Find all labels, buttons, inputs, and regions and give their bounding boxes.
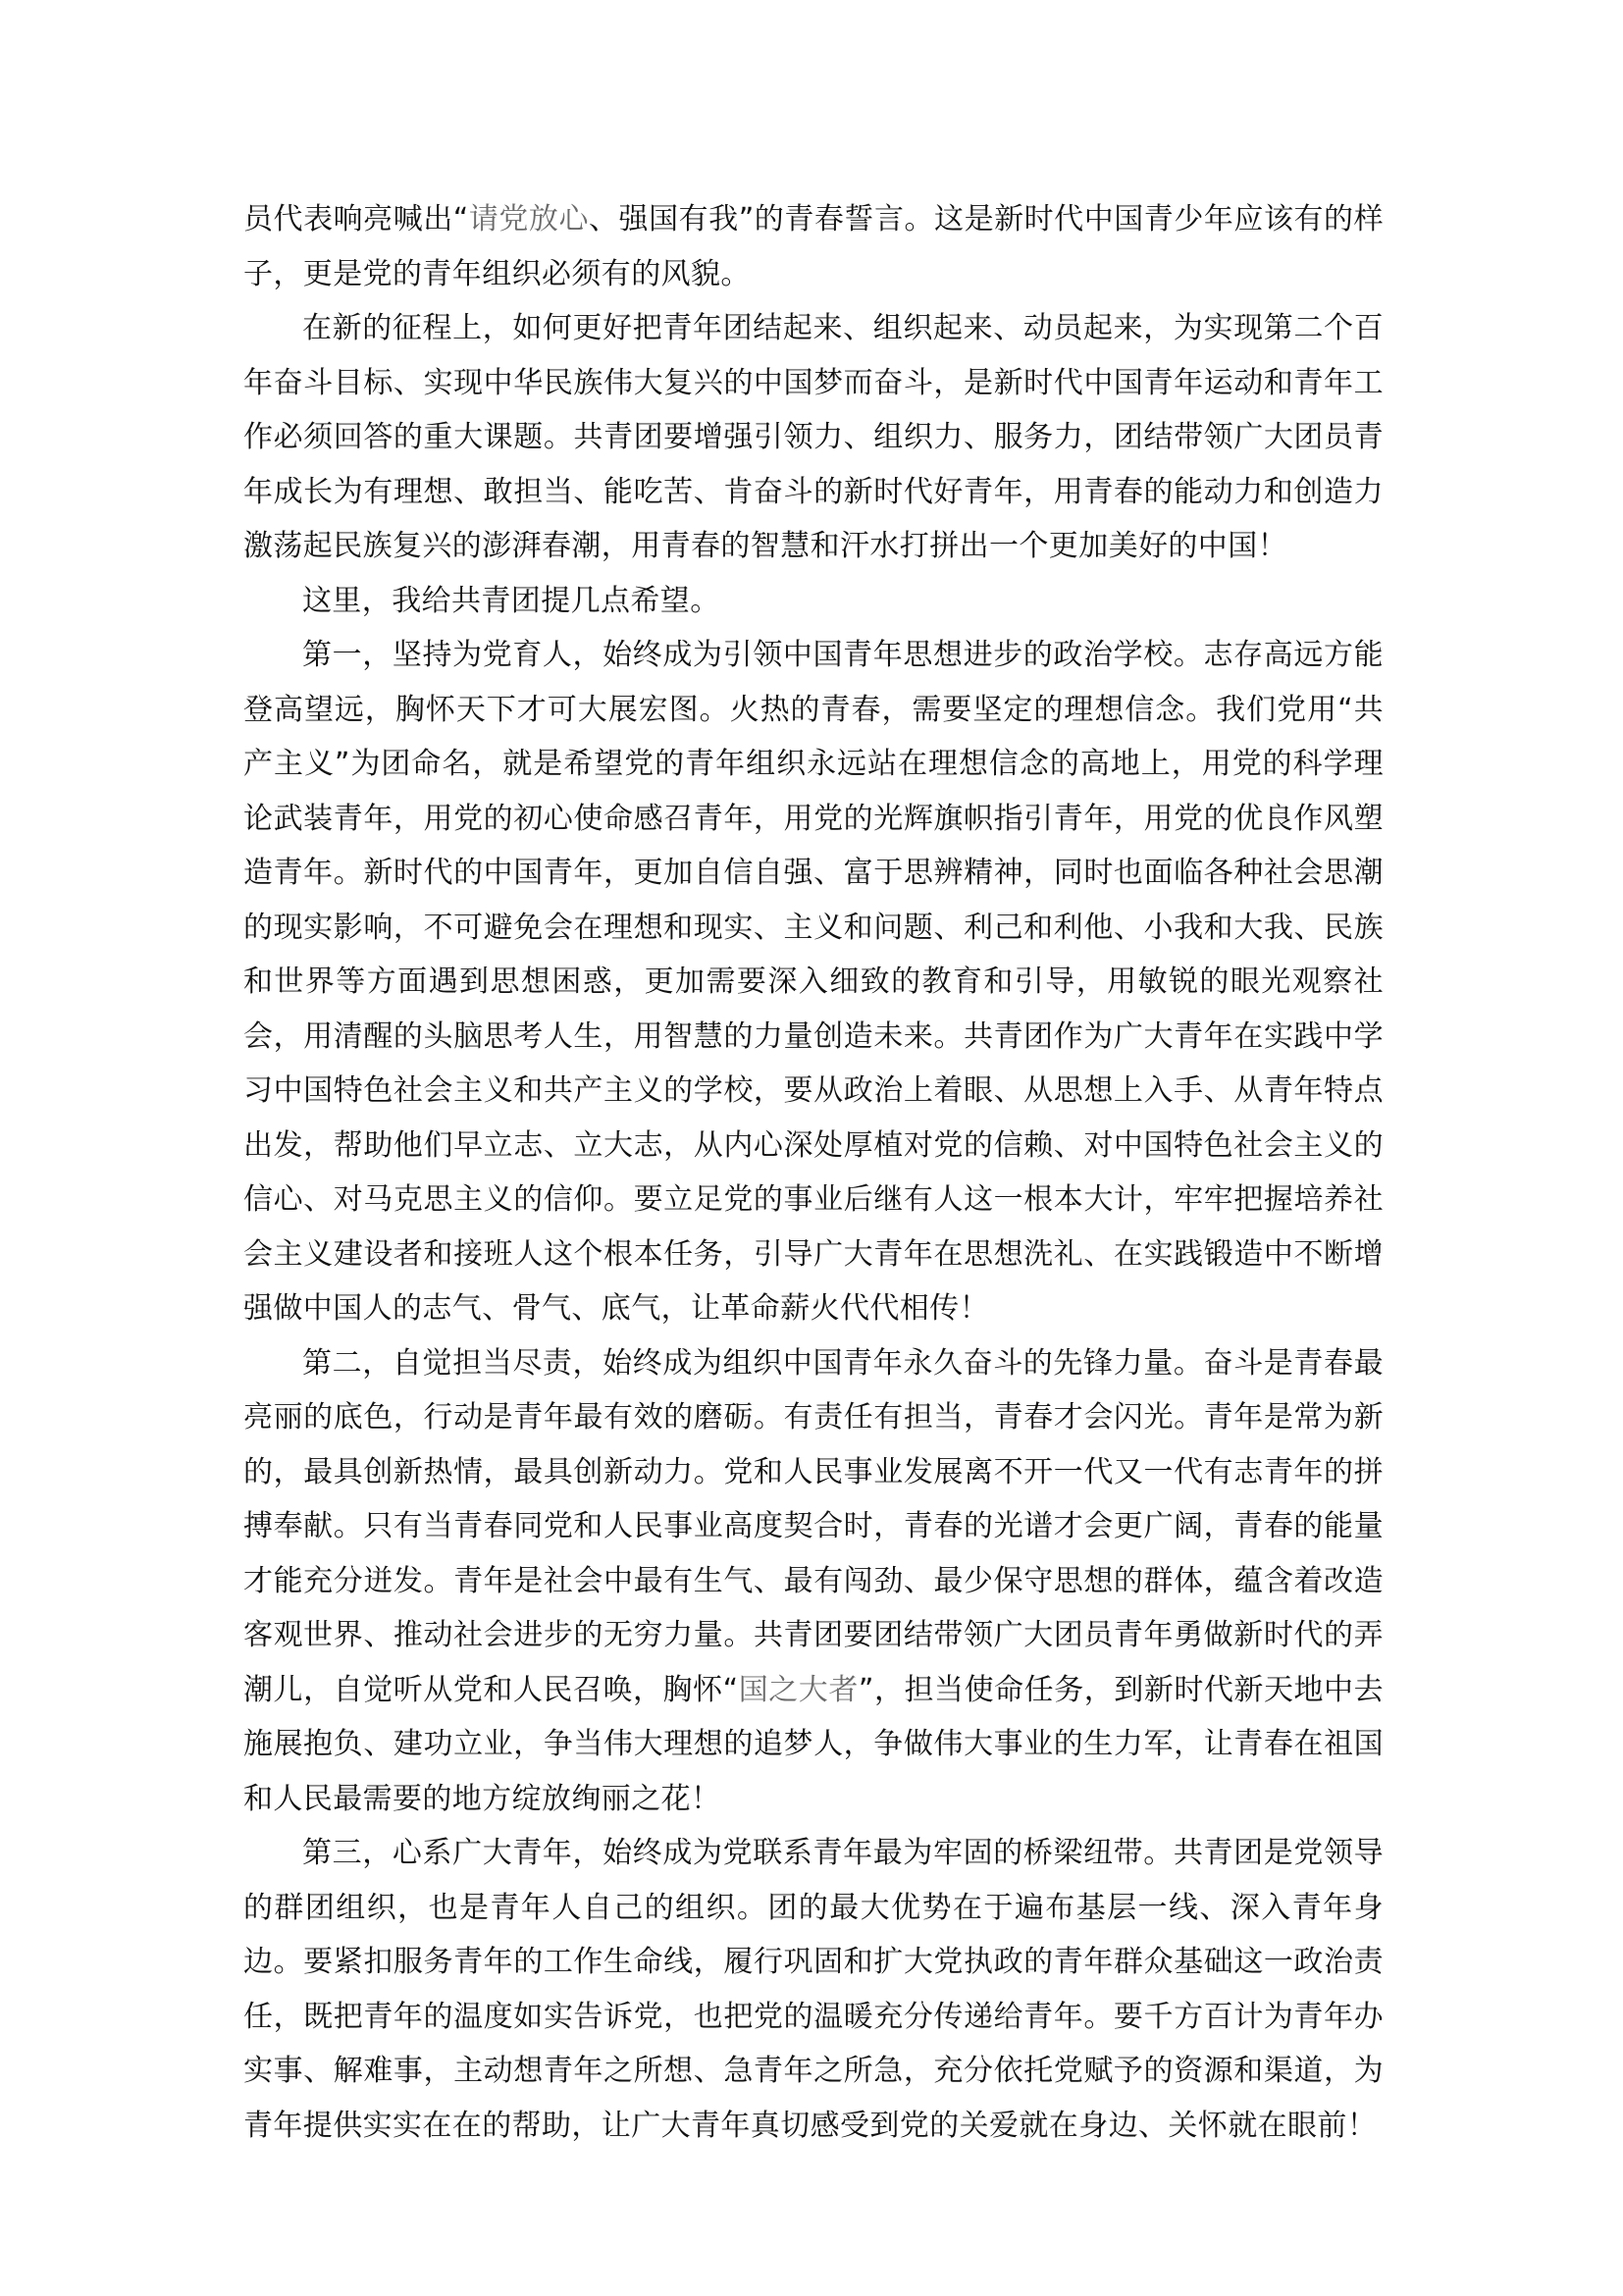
text-segment: 第二，自觉担当尽责，始终成为组织中国青年永久奋斗的先锋力量。奋斗是青春最亮丽的底…	[243, 1346, 1384, 1707]
text-segment: 第三，心系广大青年，始终成为党联系青年最为牢固的桥梁纽带。共青团是党领导的群团组…	[243, 1836, 1384, 2143]
paragraph-oath: 员代表响亮喊出“请党放心、强国有我”的青春誓言。这是新时代中国青少年应该有的样子…	[243, 192, 1384, 301]
paragraph-second-hope: 第二，自觉担当尽责，始终成为组织中国青年永久奋斗的先锋力量。奋斗是青春最亮丽的底…	[243, 1336, 1384, 1827]
text-segment: 在新的征程上，如何更好把青年团结起来、组织起来、动员起来，为实现第二个百年奋斗目…	[243, 311, 1384, 563]
quoted-text: 请党放心	[469, 202, 589, 236]
quoted-text: 国之大者	[739, 1673, 859, 1707]
document-page: 员代表响亮喊出“请党放心、强国有我”的青春誓言。这是新时代中国青少年应该有的样子…	[243, 192, 1384, 2153]
text-segment: 员代表响亮喊出“	[243, 202, 469, 236]
paragraph-hopes-intro: 这里，我给共青团提几点希望。	[243, 574, 1384, 629]
paragraph-third-hope: 第三，心系广大青年，始终成为党联系青年最为牢固的桥梁纽带。共青团是党领导的群团组…	[243, 1826, 1384, 2153]
paragraph-first-hope: 第一，坚持为党育人，始终成为引领中国青年思想进步的政治学校。志存高远方能登高望远…	[243, 628, 1384, 1336]
text-segment: 第一，坚持为党育人，始终成为引领中国青年思想进步的政治学校。志存高远方能登高望远…	[243, 638, 1384, 1326]
text-segment: 这里，我给共青团提几点希望。	[302, 584, 720, 618]
paragraph-new-journey: 在新的征程上，如何更好把青年团结起来、组织起来、动员起来，为实现第二个百年奋斗目…	[243, 301, 1384, 574]
